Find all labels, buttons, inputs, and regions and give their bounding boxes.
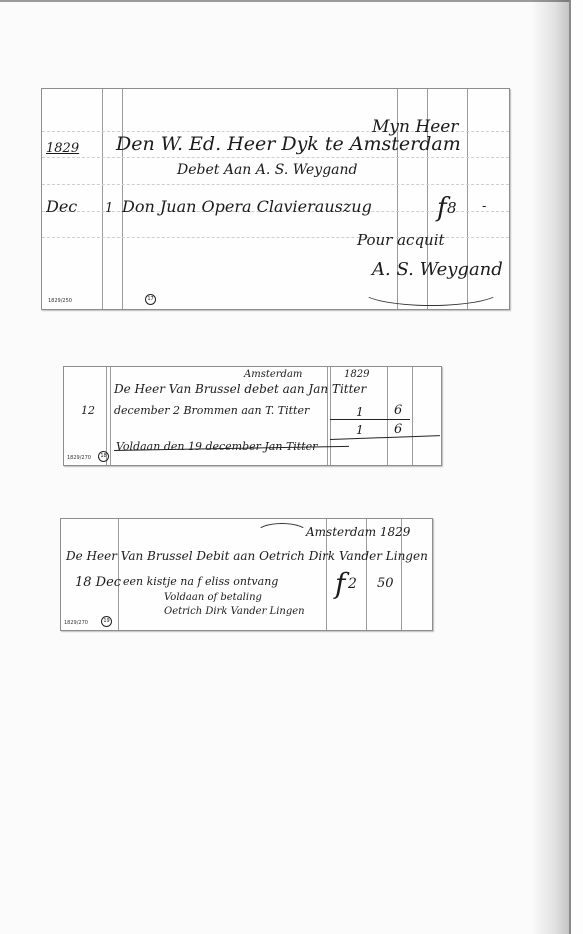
amount-stuivers-1: 6 bbox=[394, 403, 402, 418]
ruling-line bbox=[42, 157, 509, 158]
catalog-number: 1829/270 bbox=[67, 455, 91, 461]
catalog-number: 1829/270 bbox=[64, 620, 88, 626]
amount: 8 bbox=[447, 199, 457, 217]
year: 1829 bbox=[46, 141, 79, 156]
subtotal-line bbox=[330, 419, 410, 420]
receipt-vander-lingen: Amsterdam 1829 De Heer Van Brussel Debit… bbox=[60, 518, 433, 631]
received-text: Voldaan of betaling bbox=[164, 592, 262, 603]
circled-number: 19 bbox=[101, 616, 112, 627]
amount-suffix: - bbox=[482, 199, 486, 214]
amount: 2 bbox=[348, 576, 357, 592]
signature-flourish bbox=[360, 274, 502, 306]
month: Dec bbox=[46, 197, 77, 216]
currency-symbol: f bbox=[437, 193, 447, 223]
amount-stuivers-2: 6 bbox=[394, 422, 402, 437]
ruling-date-column bbox=[102, 89, 103, 309]
ruling-amount-right bbox=[412, 367, 413, 465]
page-binding-shadow bbox=[531, 0, 571, 934]
quantity: 1 bbox=[105, 201, 113, 216]
page-margin bbox=[571, 0, 583, 934]
item-description: Don Juan Opera Clavierauszug bbox=[122, 197, 372, 216]
receipt-weygand: Myn Heer 1829 Den W. Ed. Heer Dyk te Ams… bbox=[41, 88, 510, 310]
addressee: De Heer Van Brussel debet aan Jan Titter bbox=[114, 382, 366, 396]
circled-number: 18 bbox=[98, 451, 109, 462]
item-description: december 2 Brommen aan T. Titter bbox=[114, 404, 309, 417]
year: 1829 bbox=[344, 369, 369, 380]
page-top-border bbox=[0, 0, 583, 2]
item-description: een kistje na f eliss ontvang bbox=[123, 575, 278, 588]
circled-number: 17 bbox=[145, 294, 156, 305]
acquit-text: Pour acquit bbox=[357, 231, 445, 249]
amount-guilders-2: 1 bbox=[356, 423, 364, 437]
signature: Oetrich Dirk Vander Lingen bbox=[164, 606, 305, 617]
catalog-number: 1829/250 bbox=[48, 298, 72, 304]
debtor-line: Debet Aan A. S. Weygand bbox=[177, 162, 358, 178]
amount-guilders-1: 1 bbox=[356, 405, 364, 419]
ruling-date-column bbox=[106, 367, 107, 465]
heading-flourish bbox=[256, 523, 308, 543]
currency-symbol: f bbox=[335, 567, 345, 600]
place-year: Amsterdam 1829 bbox=[306, 525, 410, 539]
ruling-date-column-double bbox=[110, 367, 111, 465]
day: 12 bbox=[81, 404, 95, 417]
place: Amsterdam bbox=[244, 369, 302, 380]
addressee: Den W. Ed. Heer Dyk te Amsterdam bbox=[116, 133, 461, 155]
ruling-amount-mid bbox=[387, 367, 388, 465]
ruling-line bbox=[42, 184, 509, 185]
total-line bbox=[330, 435, 440, 440]
day-month: 18 Dec bbox=[75, 575, 121, 590]
addressee: De Heer Van Brussel Debit aan Oetrich Di… bbox=[66, 549, 428, 563]
receipt-titter: Amsterdam 1829 De Heer Van Brussel debet… bbox=[63, 366, 442, 466]
cents: 50 bbox=[377, 576, 394, 591]
